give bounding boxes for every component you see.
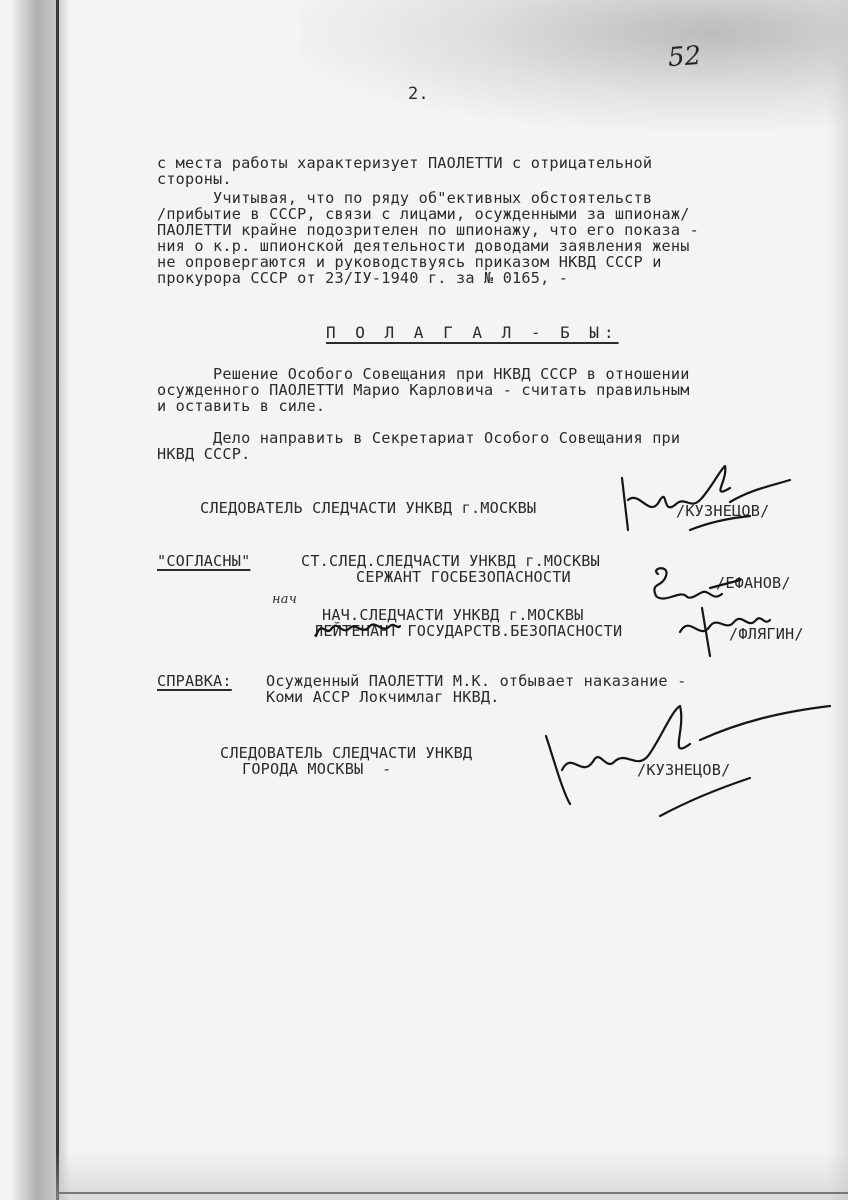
binding-shadow [10, 0, 70, 1200]
handwritten-note: нач [272, 592, 297, 608]
paragraph-line: с места работы характеризует ПАОЛЕТТИ с … [157, 155, 652, 171]
paragraph-line: прокурора СССР от 23/IУ-1940 г. за № 016… [157, 270, 568, 286]
direction-line: НКВД СССР. [157, 446, 250, 462]
signatory-title: ГОРОДА МОСКВЫ - [242, 761, 392, 777]
paragraph-line: не опровергаются и руководствуясь приказ… [157, 254, 662, 270]
signatory-name: /КУЗНЕЦОВ/ [676, 503, 769, 519]
signature-kuznetsov [600, 460, 800, 540]
signatory-name: /КУЗНЕЦОВ/ [637, 762, 730, 778]
reference-line: Коми АССР Локчимлаг НКВД. [266, 689, 500, 705]
folio-number: 52 [667, 41, 702, 73]
binding-edge [56, 0, 59, 1200]
paragraph-line: стороны. [157, 171, 232, 187]
signatory-title: НАЧ.СЛЕДЧАСТИ УНКВД г.МОСКВЫ [322, 607, 584, 623]
signatory-title: СЛЕДОВАТЕЛЬ СЛЕДЧАСТИ УНКВД г.МОСКВЫ [200, 500, 536, 516]
signatory-title: СТ.СЛЕД.СЛЕДЧАСТИ УНКВД г.МОСКВЫ [301, 553, 600, 569]
scan-shadow [300, 0, 848, 130]
page-number: 2. [408, 86, 429, 102]
paragraph-line: ния о к.р. шпионской деятельности довода… [157, 238, 690, 254]
resolution-heading: П О Л А Г А Л - Б Ы: [326, 325, 619, 341]
signatory-name: /ЕФАНОВ/ [716, 575, 791, 591]
resolution-line: Решение Особого Совещания при НКВД СССР … [157, 366, 690, 382]
agreed-label: "СОГЛАСНЫ" [157, 553, 250, 569]
page-edge-right [828, 0, 848, 1200]
resolution-line: и оставить в силе. [157, 398, 325, 414]
resolution-line: осужденного ПАОЛЕТТИ Марио Карловича - с… [157, 382, 690, 398]
signatory-name: /ФЛЯГИН/ [729, 626, 804, 642]
paragraph-line: Учитывая, что по ряду об"ективных обстоя… [157, 190, 652, 206]
direction-line: Дело направить в Секретариат Особого Сов… [157, 430, 680, 446]
signatory-title: СЕРЖАНТ ГОСБЕЗОПАСНОСТИ [356, 569, 571, 585]
signatory-title: СЛЕДОВАТЕЛЬ СЛЕДЧАСТИ УНКВД [220, 745, 472, 761]
paragraph-line: ПАОЛЕТТИ крайне подозрителен по шпионажу… [157, 222, 699, 238]
reference-line: Осужденный ПАОЛЕТТИ М.К. отбывает наказа… [266, 673, 686, 689]
paragraph-line: /прибытие в СССР, связи с лицами, осужде… [157, 206, 690, 222]
reference-label: СПРАВКА: [157, 673, 232, 689]
page-bottom-line [56, 1192, 848, 1194]
signatory-title: ЛЕЙТЕНАНТ ГОСУДАРСТВ.БЕЗОПАСНОСТИ [314, 623, 622, 639]
signature-kuznetsov [540, 700, 840, 820]
